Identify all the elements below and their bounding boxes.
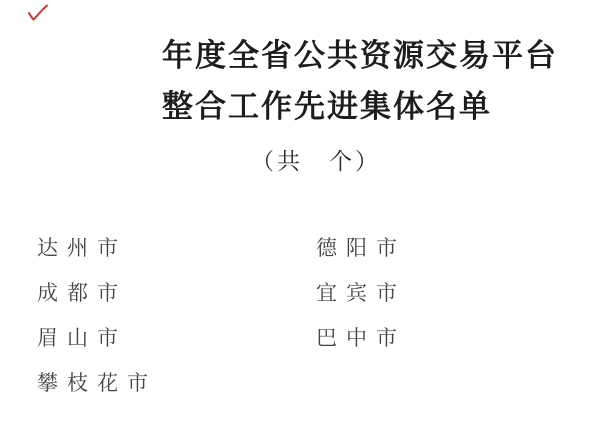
document-subtitle-count: （共 个） [251, 143, 381, 176]
city-item: 达州市 [37, 226, 157, 271]
roster-left-column: 达州市 成都市 眉山市 攀枝花市 [37, 226, 157, 406]
roster-right-column: 德阳市 宜宾市 巴中市 [316, 226, 406, 361]
document-title-line1: 年度全省公共资源交易平台 [162, 30, 558, 81]
city-item: 眉山市 [37, 316, 157, 361]
document-page: 年度全省公共资源交易平台 整合工作先进集体名单 （共 个） 达州市 成都市 眉山… [0, 0, 600, 426]
city-item: 德阳市 [316, 226, 406, 271]
city-item: 成都市 [37, 271, 157, 316]
city-item: 宜宾市 [316, 271, 406, 316]
city-item: 攀枝花市 [37, 361, 157, 406]
document-title: 年度全省公共资源交易平台 整合工作先进集体名单 [162, 30, 558, 132]
city-item: 巴中市 [316, 316, 406, 361]
document-title-line2: 整合工作先进集体名单 [162, 81, 558, 132]
red-pen-check-icon [26, 3, 50, 23]
